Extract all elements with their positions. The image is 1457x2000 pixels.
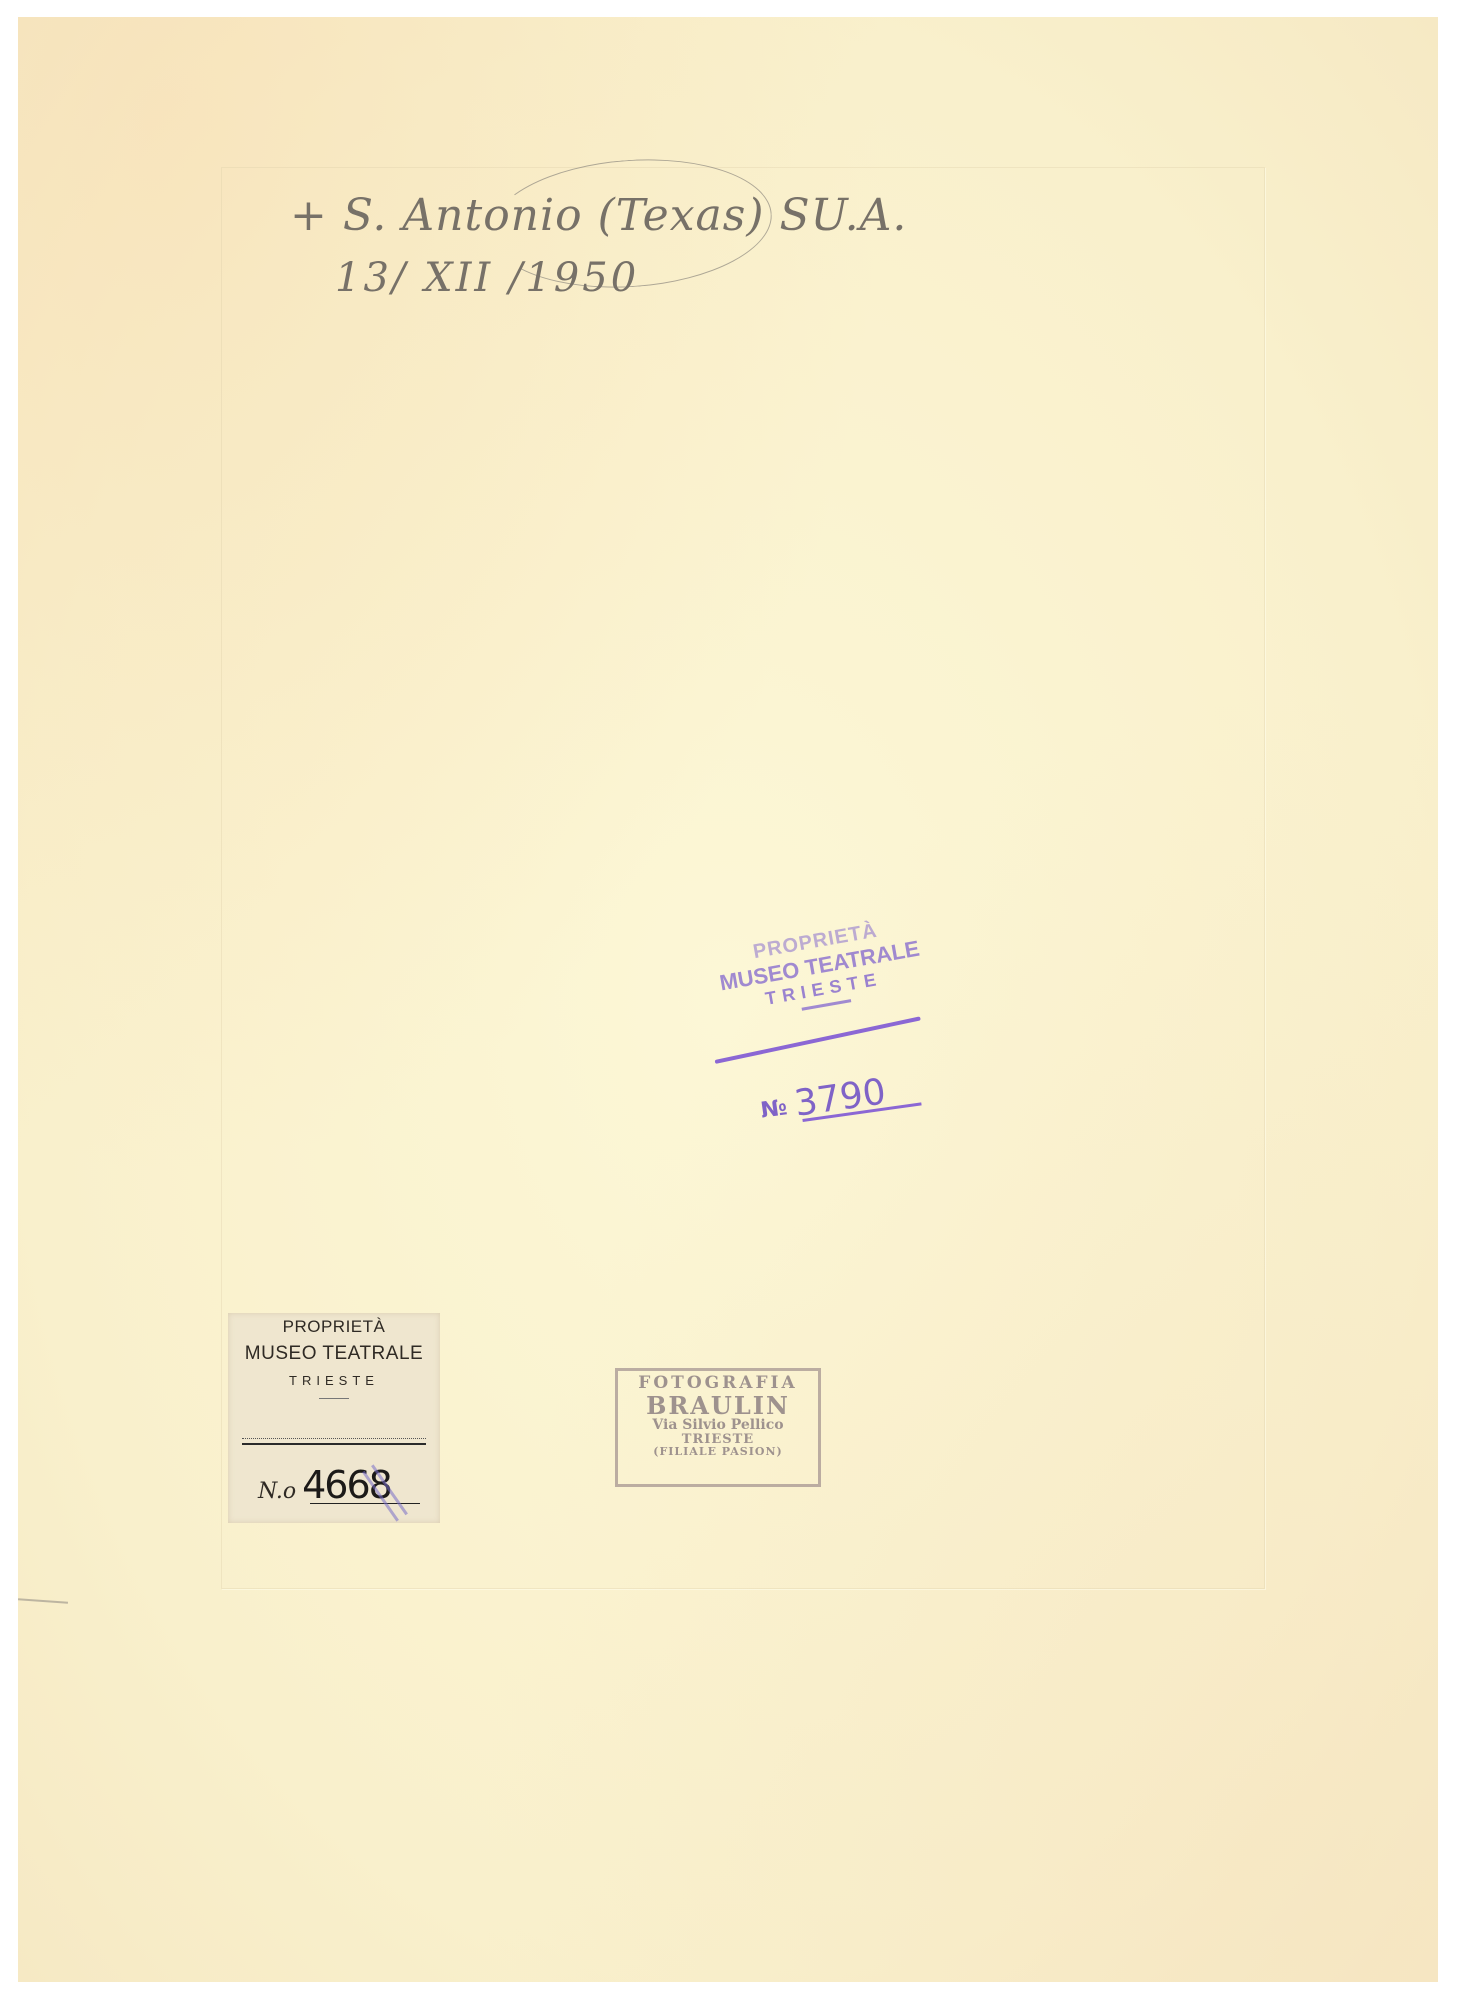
handwritten-place: + S. Antonio (Texas) SU.A. [290, 190, 907, 241]
label-number-underline [310, 1503, 420, 1504]
label-city: TRIESTE [228, 1373, 440, 1388]
label-museum: MUSEO TEATRALE [228, 1343, 440, 1365]
label-proprieta: PROPRIETÀ [228, 1317, 440, 1337]
handwritten-date: 13/ XII /1950 [335, 255, 639, 301]
label-number-prefix: N.o [258, 1479, 296, 1504]
label-dotted-line [242, 1438, 426, 1439]
label-separator [319, 1398, 349, 1399]
photographer-stamp: FOTOGRAFIA BRAULIN Via Silvio Pellico TR… [615, 1368, 821, 1487]
photographer-branch: (FILIALE PASION) [618, 1446, 818, 1458]
photographer-city: TRIESTE [618, 1433, 818, 1447]
museum-inventory-label: PROPRIETÀ MUSEO TEATRALE TRIESTE N.o4668 [228, 1313, 440, 1523]
photographer-name: BRAULIN [618, 1393, 818, 1418]
photographer-address: Via Silvio Pellico [618, 1418, 818, 1433]
number-sign: № [759, 1095, 789, 1123]
label-solid-line [242, 1443, 426, 1445]
